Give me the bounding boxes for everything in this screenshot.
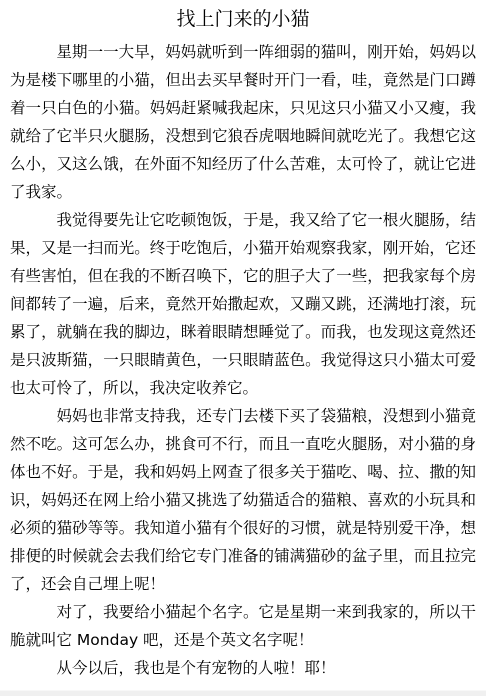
essay-title: 找上门来的小猫 [10, 8, 476, 30]
essay-body: 星期一一大早，妈妈就听到一阵细弱的猫叫，刚开始，妈妈以为是楼下哪里的小猫，但出去… [10, 38, 476, 682]
horizontal-scrollbar-track[interactable] [0, 690, 486, 696]
essay-paragraph-1: 星期一一大早，妈妈就听到一阵细弱的猫叫，刚开始，妈妈以为是楼下哪里的小猫，但出去… [10, 38, 476, 206]
essay-paragraph-2: 我觉得要先让它吃顿饱饭，于是，我又给了它一根火腿肠，结果，又是一扫而光。终于吃饱… [10, 206, 476, 402]
essay-paragraph-4: 对了，我要给小猫起个名字。它是星期一来到我家的，所以干脆就叫它 Monday 吧… [10, 598, 476, 654]
essay-paragraph-3: 妈妈也非常支持我，还专门去楼下买了袋猫粮，没想到小猫竟然不吃。这可怎么办，挑食可… [10, 402, 476, 598]
essay-paragraph-5: 从今以后，我也是个有宠物的人啦！耶！ [10, 654, 476, 682]
document-page: 找上门来的小猫 星期一一大早，妈妈就听到一阵细弱的猫叫，刚开始，妈妈以为是楼下哪… [0, 8, 486, 682]
